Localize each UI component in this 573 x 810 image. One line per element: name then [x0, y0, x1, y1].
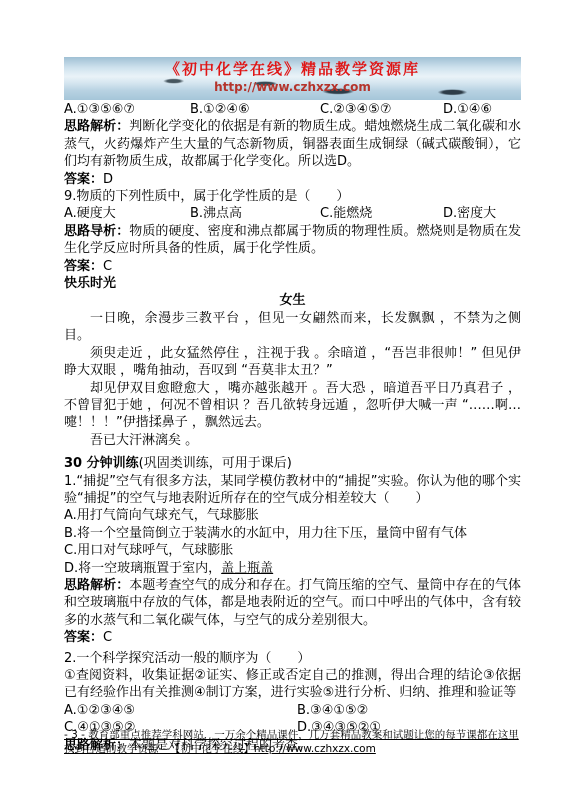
footer-text: - 3 - 教育部重点推荐学科网站．一万余个精品课件，几万套精品教案和试题让您的… — [64, 729, 519, 755]
t1-option-d: D.将一空玻璃瓶置于室内，盖上瓶盖 — [64, 560, 521, 577]
t1-analysis-label: 思路解析： — [64, 578, 129, 593]
training-heading: 30 分钟训练(巩固类训练，可用于课后) — [64, 455, 521, 472]
q8-answer: 答案：D — [64, 171, 521, 188]
fun-heading-text: 快乐时光 — [64, 276, 116, 291]
q9-option-a: A.硬度大 — [64, 205, 190, 222]
t1-option-d-prefix: D.将一空玻璃瓶置于室内， — [64, 561, 221, 576]
fun-paragraph-3: 却见伊双目愈瞪愈大 ，嘴亦越张越开 。吾大恐 ，暗道吾平日乃真君子 ，不曾冒犯于… — [64, 380, 521, 432]
t2-stem: 2.一个科学探究活动一般的顺序为（ ） — [64, 650, 521, 667]
t1-answer-value: C — [103, 630, 112, 645]
t1-stem: 1.“捕捉”空气有很多方法，某同学模仿教材中的“捕捉”实验。你认为他的哪个实验“… — [64, 473, 521, 508]
q9-options-row: A.硬度大 B.沸点高 C.能燃烧 D.密度大 — [64, 205, 521, 222]
t2-option-b: B.③④①⑤② — [297, 702, 521, 719]
t1-option-c: C.用口对气球呼气，气球膨胀 — [64, 542, 521, 559]
q9-answer: 答案：C — [64, 258, 521, 275]
t1-analysis-text: 本题考查空气的成分和存在。打气筒压缩的空气、量筒中存在的气体和空玻璃瓶中存放的气… — [64, 578, 521, 628]
q8-option-d: D.①④⑥ — [443, 101, 521, 118]
training-heading-rest: (巩固类训练，可用于课后) — [139, 456, 292, 471]
q8-option-a: A.①③⑤⑥⑦ — [64, 101, 190, 118]
header-banner-image: 《初中化学在线》精品教学资源库 http://www.czhxzx.com — [64, 57, 521, 100]
fun-paragraph-4: 吾已大汗淋漓矣 。 — [64, 432, 521, 449]
q8-analysis: 思路解析：判断化学变化的依据是有新的物质生成。蜡烛燃烧生成二氧化碳和水蒸气，火药… — [64, 118, 521, 170]
document-page: 《初中化学在线》精品教学资源库 http://www.czhxzx.com A.… — [64, 57, 521, 754]
training-heading-bold: 30 分钟训练 — [64, 456, 139, 471]
banner-site-title: 《初中化学在线》精品教学资源库 — [64, 57, 521, 79]
fun-paragraph-1: 一日晚，余漫步三教平台 ，但见一女翩然而来，长发飘飘 ，不禁为之侧目。 — [64, 310, 521, 345]
q9-answer-label: 答案： — [64, 259, 103, 274]
q8-answer-label: 答案： — [64, 172, 103, 187]
page-footer: - 3 - 教育部重点推荐学科网站．一万余个精品课件，几万套精品教案和试题让您的… — [64, 728, 523, 756]
q9-stem: 9.物质的下列性质中，属于化学性质的是（ ） — [64, 188, 521, 205]
q9-option-c: C.能燃烧 — [320, 205, 443, 222]
t2-option-a: A.①②③④⑤ — [64, 702, 297, 719]
t2-steps: ①查阅资料，收集证据②证实、修正或否定自己的推测，得出合理的结论③依据已有经验作… — [64, 667, 521, 702]
banner-site-url: http://www.czhxzx.com — [64, 80, 521, 94]
t1-option-d-underlined: 盖上瓶盖 — [221, 561, 273, 576]
q8-analysis-text: 判断化学变化的依据是有新的物质生成。蜡烛燃烧生成二氧化碳和水蒸气，火药爆炸产生大… — [64, 119, 521, 169]
q8-answer-value: D — [103, 172, 113, 187]
t1-answer: 答案：C — [64, 629, 521, 646]
q8-option-b: B.①②④⑥ — [190, 101, 320, 118]
fun-story-title: 女生 — [64, 292, 521, 309]
fun-paragraph-2: 须臾走近 ，此女猛然停住 ，注视于我 。余暗道 ，“吾岂非很帅！” 但见伊睁大双… — [64, 345, 521, 380]
t1-option-a: A.用打气筒向气球充气，气球膨胀 — [64, 507, 521, 524]
q9-option-d: D.密度大 — [443, 205, 521, 222]
t1-answer-label: 答案： — [64, 630, 103, 645]
q9-option-b: B.沸点高 — [190, 205, 320, 222]
q8-option-c: C.②③④⑤⑦ — [320, 101, 443, 118]
q9-analysis: 思路导析：物质的硬度、密度和沸点都属于物质的物理性质。燃烧则是物质在发生化学反应… — [64, 223, 521, 258]
q9-answer-value: C — [103, 259, 112, 274]
q8-options-row: A.①③⑤⑥⑦ B.①②④⑥ C.②③④⑤⑦ D.①④⑥ — [64, 101, 521, 118]
t2-options-row-1: A.①②③④⑤ B.③④①⑤② — [64, 702, 521, 719]
q8-analysis-label: 思路解析： — [64, 119, 129, 134]
t1-analysis: 思路解析：本题考查空气的成分和存在。打气筒压缩的空气、量筒中存在的气体和空玻璃瓶… — [64, 577, 521, 629]
t1-option-b: B.将一个空量筒倒立于装满水的水缸中，用力往下压，量筒中留有气体 — [64, 525, 521, 542]
fun-section-heading: 快乐时光 — [64, 275, 521, 292]
q9-analysis-label: 思路导析： — [64, 224, 129, 239]
q9-analysis-text: 物质的硬度、密度和沸点都属于物质的物理性质。燃烧则是物质在发生化学反应时所具备的… — [64, 224, 521, 256]
